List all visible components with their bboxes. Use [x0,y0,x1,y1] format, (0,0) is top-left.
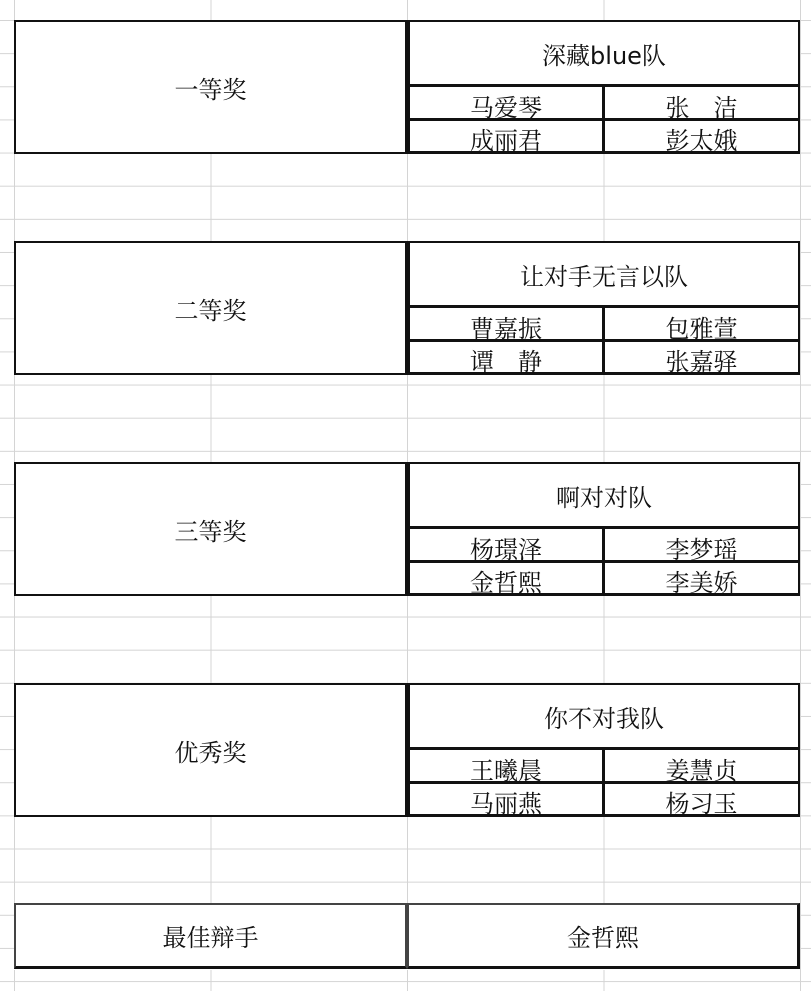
award-cell[interactable]: 一等奖 [14,20,407,154]
member-cell[interactable]: 杨璟泽 [407,527,604,562]
member-cell[interactable]: 谭 静 [407,340,604,375]
team-name-cell[interactable]: 啊对对队 [407,462,800,528]
award-block-merit: 优秀奖 你不对我队 王曦晨 姜慧贞 马丽燕 杨习玉 [14,683,800,817]
member-name: 姜慧贞 [666,759,738,783]
member-name: 李美娇 [666,571,738,595]
award-block-first: 一等奖 深藏blue队 马爱琴 张 洁 成丽君 彭太娥 [14,20,800,154]
member-cell[interactable]: 包雅萱 [603,306,800,341]
award-block-third: 三等奖 啊对对队 杨璟泽 李梦瑶 金哲熙 李美娇 [14,462,800,596]
member-name: 马丽燕 [470,792,542,816]
member-cell[interactable]: 姜慧贞 [603,748,800,783]
team-name-cell[interactable]: 你不对我队 [407,683,800,749]
member-cell[interactable]: 金哲熙 [407,561,604,596]
team-name-cell[interactable]: 深藏blue队 [407,20,800,86]
member-name: 马爱琴 [470,96,542,120]
member-name: 张 洁 [666,96,738,120]
award-cell[interactable]: 优秀奖 [14,683,407,817]
member-cell[interactable]: 张嘉驿 [603,340,800,375]
member-name: 王曦晨 [470,759,542,783]
member-cell[interactable]: 成丽君 [407,119,604,154]
member-name: 杨璟泽 [470,538,542,562]
best-debater-label-cell[interactable]: 最佳辩手 [14,903,407,969]
member-cell[interactable]: 王曦晨 [407,748,604,783]
member-cell[interactable]: 李梦瑶 [603,527,800,562]
award-block-second: 二等奖 让对手无言以队 曹嘉振 包雅萱 谭 静 张嘉驿 [14,241,800,375]
member-cell[interactable]: 杨习玉 [603,782,800,817]
member-name: 彭太娥 [666,129,738,153]
member-name: 包雅萱 [666,317,738,341]
member-cell[interactable]: 彭太娥 [603,119,800,154]
member-name: 成丽君 [470,129,542,153]
member-cell[interactable]: 张 洁 [603,85,800,120]
member-name: 金哲熙 [470,571,542,595]
team-name-cell[interactable]: 让对手无言以队 [407,241,800,307]
member-name: 杨习玉 [666,792,738,816]
member-cell[interactable]: 马爱琴 [407,85,604,120]
member-cell[interactable]: 马丽燕 [407,782,604,817]
member-name: 张嘉驿 [666,350,738,374]
best-debater-row: 最佳辩手 金哲熙 [14,903,800,970]
member-cell[interactable]: 曹嘉振 [407,306,604,341]
member-cell[interactable]: 李美娇 [603,561,800,596]
member-name: 李梦瑶 [666,538,738,562]
member-name: 谭 静 [470,350,542,374]
member-name: 曹嘉振 [470,317,542,341]
award-cell[interactable]: 三等奖 [14,462,407,596]
best-debater-name-cell[interactable]: 金哲熙 [407,903,800,969]
award-cell[interactable]: 二等奖 [14,241,407,375]
